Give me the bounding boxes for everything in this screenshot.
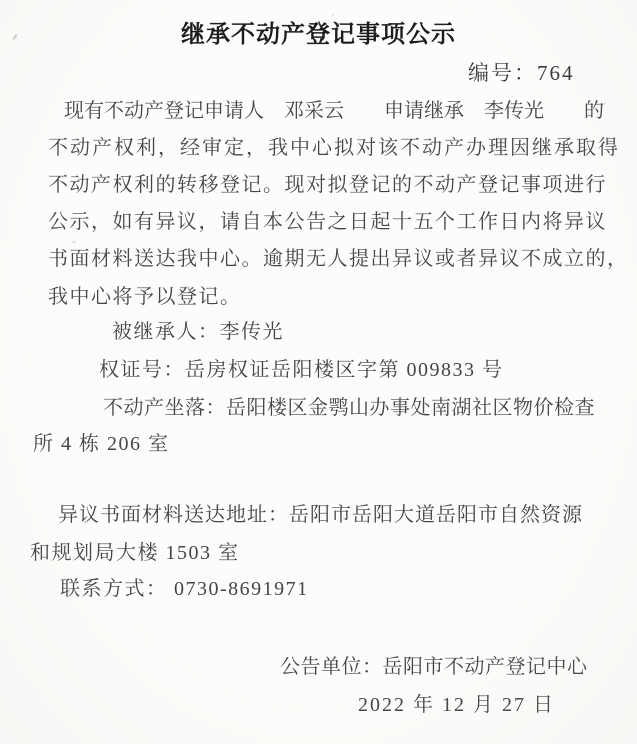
decedent-line: 被继承人：李传光 [112,318,284,346]
body-line-5: 书面材料送达我中心。逾期无人提出异议或者异议不成立的， [48,245,629,273]
body-line-6: 我中心将予以登记。 [48,283,242,311]
body-line-3: 不动产权利的转移登记。现对拟登记的不动产登记事项进行 [48,171,607,199]
notice-document: 继承不动产登记事项公示 编号：764 现有不动产登记申请人 邓采云 申请继承 李… [0,0,637,744]
notice-title: 继承不动产登记事项公示 [0,14,637,49]
date-line: 2022 年 12 月 27 日 [358,691,555,719]
property-location-line-1: 不动产坐落：岳阳楼区金鹗山办事处南湖社区物价检查 [103,394,595,422]
objection-address-line-1: 异议书面材料送达地址：岳阳市岳阳大道岳阳市自然资源 [58,501,583,529]
body-line-2: 不动产权利，经审定，我中心拟对该不动产办理因继承取得 [48,134,620,162]
body-line-4: 公示，如有异议，请自本公告之日起十五个工作日内将异议 [48,208,607,236]
certificate-number-line: 权证号：岳房权证岳阳楼区字第 009833 号 [99,356,504,384]
scan-speck [72,240,76,243]
serial-number: 编号：764 [468,59,575,87]
body-line-1: 现有不动产登记申请人 邓采云 申请继承 李传光 的 [64,97,604,125]
issuer-line: 公告单位：岳阳市不动产登记中心 [280,653,588,681]
property-location-line-2: 所 4 栋 206 室 [33,430,170,458]
objection-address-line-2: 和规划局大楼 1503 室 [30,539,240,567]
contact-phone-line: 联系方式： 0730-8691971 [60,575,309,603]
